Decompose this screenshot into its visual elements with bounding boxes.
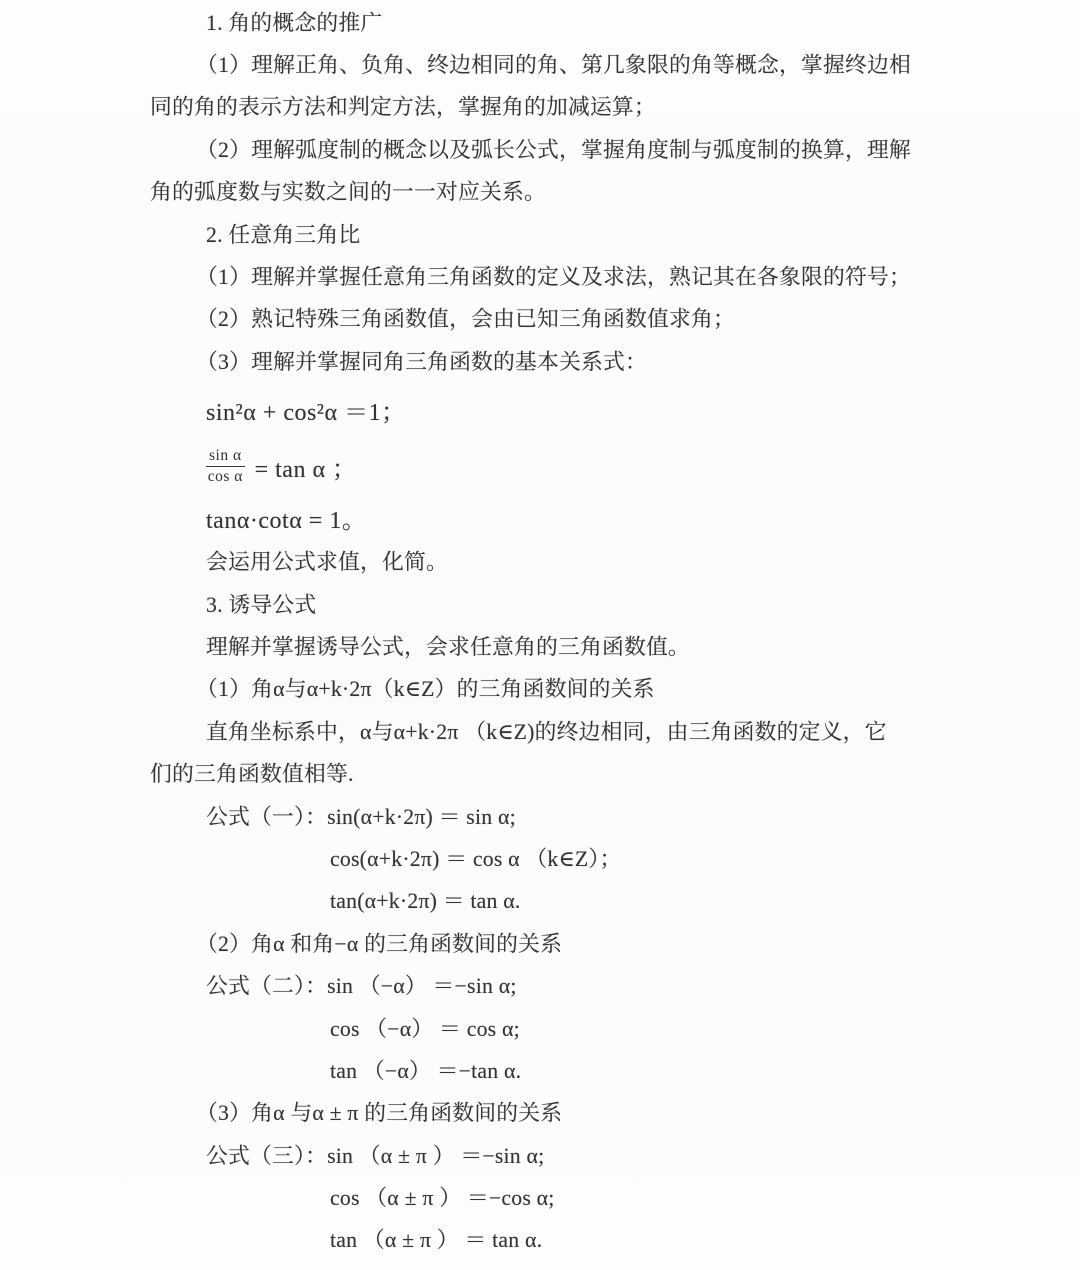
text-line: 3. 诱导公式 xyxy=(206,582,1020,624)
text-line: 2. 任意角三角比 xyxy=(206,212,1020,254)
fraction: sin αcos α xyxy=(206,447,245,486)
text-line: 1. 角的概念的推广 xyxy=(206,0,1020,42)
text-line: 公式（三）：sin （α ± π ） ＝−sin α; xyxy=(206,1133,1020,1175)
formula-line: tanα·cotα = 1。 xyxy=(206,496,1020,540)
text-line: cos （−α） ＝ cos α; xyxy=(330,1006,1020,1048)
text-line: 角的弧度数与实数之间的一一对应关系。 xyxy=(150,170,1020,212)
text-line: tan （α ± π ） ＝ tan α. xyxy=(330,1218,1020,1260)
text-line: （2）角α 和角−α 的三角函数间的关系 xyxy=(196,921,1020,963)
text-line: （3）角α 与α ± π 的三角函数间的关系 xyxy=(196,1091,1020,1133)
fraction-numerator: sin α xyxy=(206,447,245,467)
document-page: 1. 角的概念的推广（1）理解正角、负角、终边相同的角、第几象限的角等概念，掌握… xyxy=(0,0,1080,1270)
text-line: 直角坐标系中，α与α+k·2π （k∈Z)的终边相同，由三角函数的定义，它 xyxy=(206,709,1020,751)
text-line: 同的角的表示方法和判定方法，掌握角的加减运算； xyxy=(150,85,1020,127)
text-line: 们的三角函数值相等. xyxy=(150,751,1020,793)
text-line: （2）熟记特殊三角函数值，会由已知三角函数值求角； xyxy=(196,297,1020,339)
text-line: 会运用公式求值，化简。 xyxy=(206,540,1020,582)
text-line: （1）理解正角、负角、终边相同的角、第几象限的角等概念，掌握终边相 xyxy=(196,42,1020,84)
text-line: （3）理解并掌握同角三角函数的基本关系式： xyxy=(196,339,1020,381)
formula-line: sin²α + cos²α ＝1； xyxy=(206,382,1020,438)
fraction-denominator: cos α xyxy=(208,467,243,486)
fraction-tail: = tan α ； xyxy=(255,449,357,484)
document-body: 1. 角的概念的推广（1）理解正角、负角、终边相同的角、第几象限的角等概念，掌握… xyxy=(150,0,1020,1260)
formula-line: sin αcos α= tan α ； xyxy=(206,438,1020,496)
text-line: tan(α+k·2π) ＝ tan α. xyxy=(330,879,1020,921)
text-line: （1）角α与α+k·2π（k∈Z）的三角函数间的关系 xyxy=(196,667,1020,709)
text-line: cos （α ± π ） ＝−cos α; xyxy=(330,1175,1020,1217)
text-line: （1）理解并掌握任意角三角函数的定义及求法，熟记其在各象限的符号； xyxy=(196,254,1020,296)
text-line: 公式（一）：sin(α+k·2π) ＝ sin α; xyxy=(206,794,1020,836)
text-line: cos(α+k·2π) ＝ cos α （k∈Z）； xyxy=(330,836,1020,878)
text-line: 理解并掌握诱导公式，会求任意角的三角函数值。 xyxy=(206,624,1020,666)
text-line: 公式（二）：sin （−α） ＝−sin α; xyxy=(206,963,1020,1005)
text-line: tan （−α） ＝−tan α. xyxy=(330,1048,1020,1090)
text-line: （2）理解弧度制的概念以及弧长公式，掌握角度制与弧度制的换算，理解 xyxy=(196,127,1020,169)
